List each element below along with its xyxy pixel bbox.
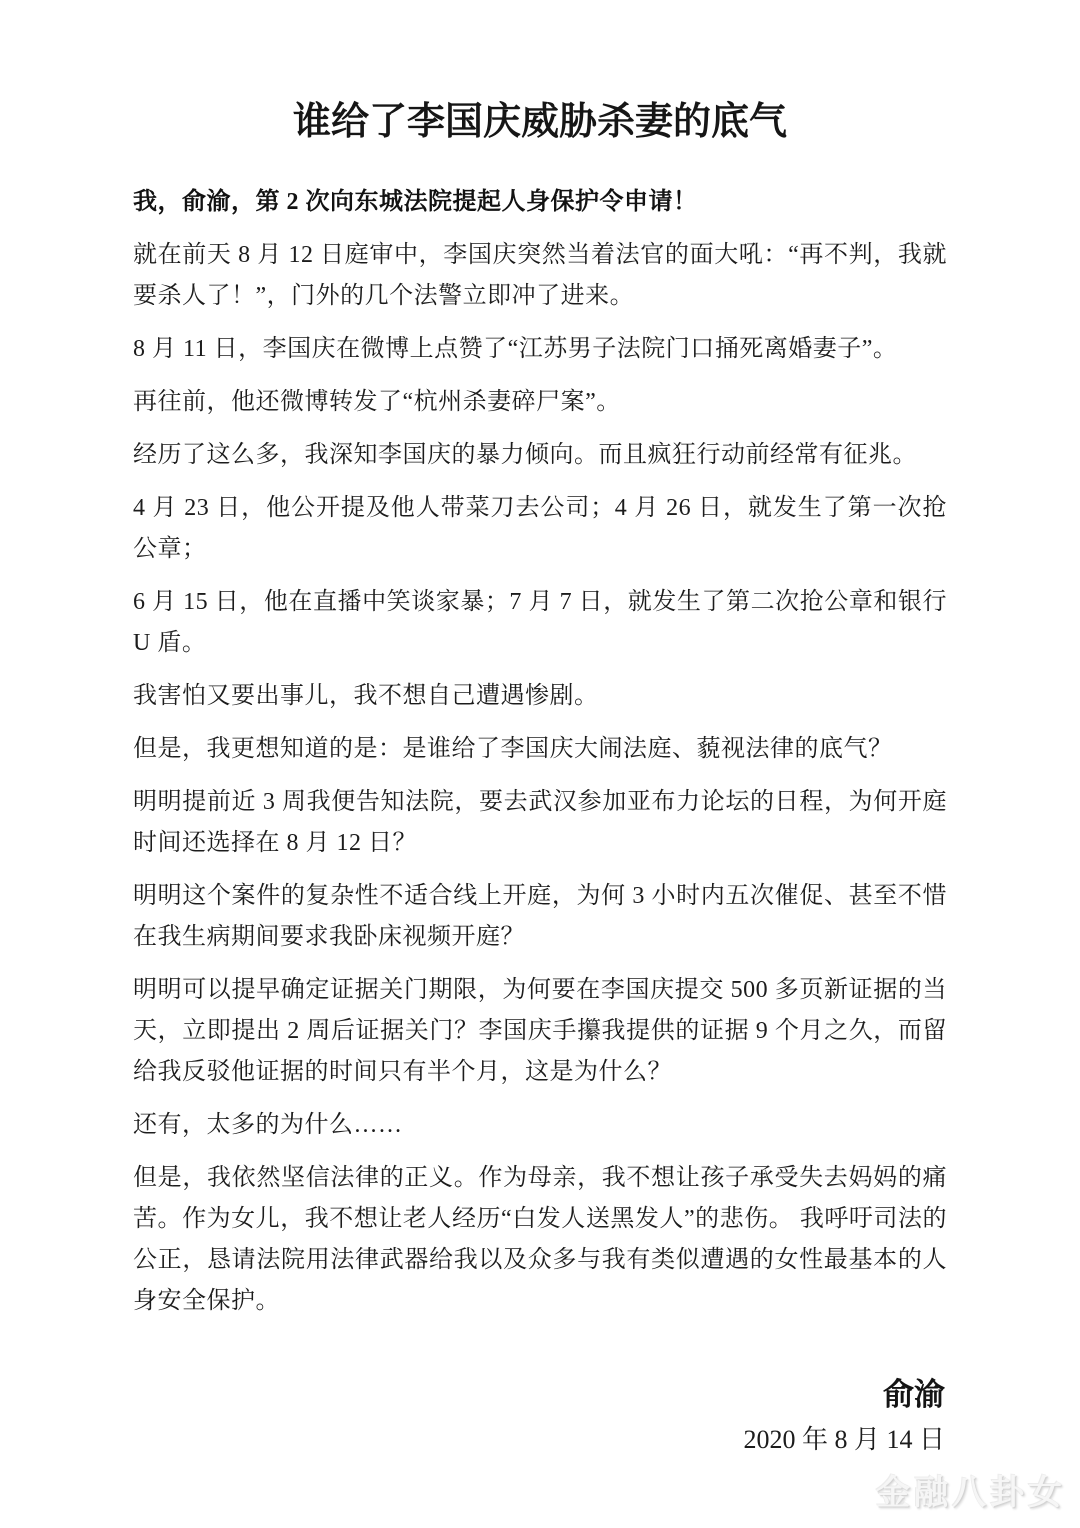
paragraph: 还有，太多的为什么…… (133, 1105, 947, 1146)
paragraph: 4 月 23 日，他公开提及他人带菜刀去公司；4 月 26 日，就发生了第一次抢… (133, 488, 947, 570)
paragraph: 我，俞渝，第 2 次向东城法院提起人身保护令申请！ (133, 182, 947, 223)
page-title: 谁给了李国庆威胁杀妻的底气 (133, 96, 947, 148)
signature-block: 俞渝 2020 年 8 月 14 日 (133, 1372, 947, 1462)
paragraph: 明明可以提早确定证据关门期限，为何要在李国庆提交 500 多页新证据的当天，立即… (133, 970, 947, 1093)
paragraph: 我害怕又要出事儿，我不想自己遭遇惨剧。 (133, 676, 947, 717)
watermark: 金融八卦女 (876, 1465, 1066, 1514)
document-page: 谁给了李国庆威胁杀妻的底气 我，俞渝，第 2 次向东城法院提起人身保护令申请！就… (0, 0, 1080, 1528)
paragraph: 就在前天 8 月 12 日庭审中，李国庆突然当着法官的面大吼：“再不判，我就要杀… (133, 235, 947, 317)
paragraph: 经历了这么多，我深知李国庆的暴力倾向。而且疯狂行动前经常有征兆。 (133, 435, 947, 476)
paragraph: 但是，我依然坚信法律的正义。作为母亲，我不想让孩子承受失去妈妈的痛苦。作为女儿，… (133, 1158, 947, 1322)
paragraph: 6 月 15 日，他在直播中笑谈家暴；7 月 7 日，就发生了第二次抢公章和银行… (133, 582, 947, 664)
signature-name: 俞渝 (133, 1372, 945, 1418)
signature-date: 2020 年 8 月 14 日 (133, 1418, 945, 1462)
document-body: 我，俞渝，第 2 次向东城法院提起人身保护令申请！就在前天 8 月 12 日庭审… (133, 182, 947, 1322)
paragraph: 明明这个案件的复杂性不适合线上开庭，为何 3 小时内五次催促、甚至不惜在我生病期… (133, 876, 947, 958)
paragraph: 8 月 11 日，李国庆在微博上点赞了“江苏男子法院门口捅死离婚妻子”。 (133, 329, 947, 370)
paragraph: 明明提前近 3 周我便告知法院，要去武汉参加亚布力论坛的日程，为何开庭时间还选择… (133, 782, 947, 864)
paragraph: 再往前，他还微博转发了“杭州杀妻碎尸案”。 (133, 382, 947, 423)
paragraph: 但是，我更想知道的是：是谁给了李国庆大闹法庭、藐视法律的底气？ (133, 729, 947, 770)
